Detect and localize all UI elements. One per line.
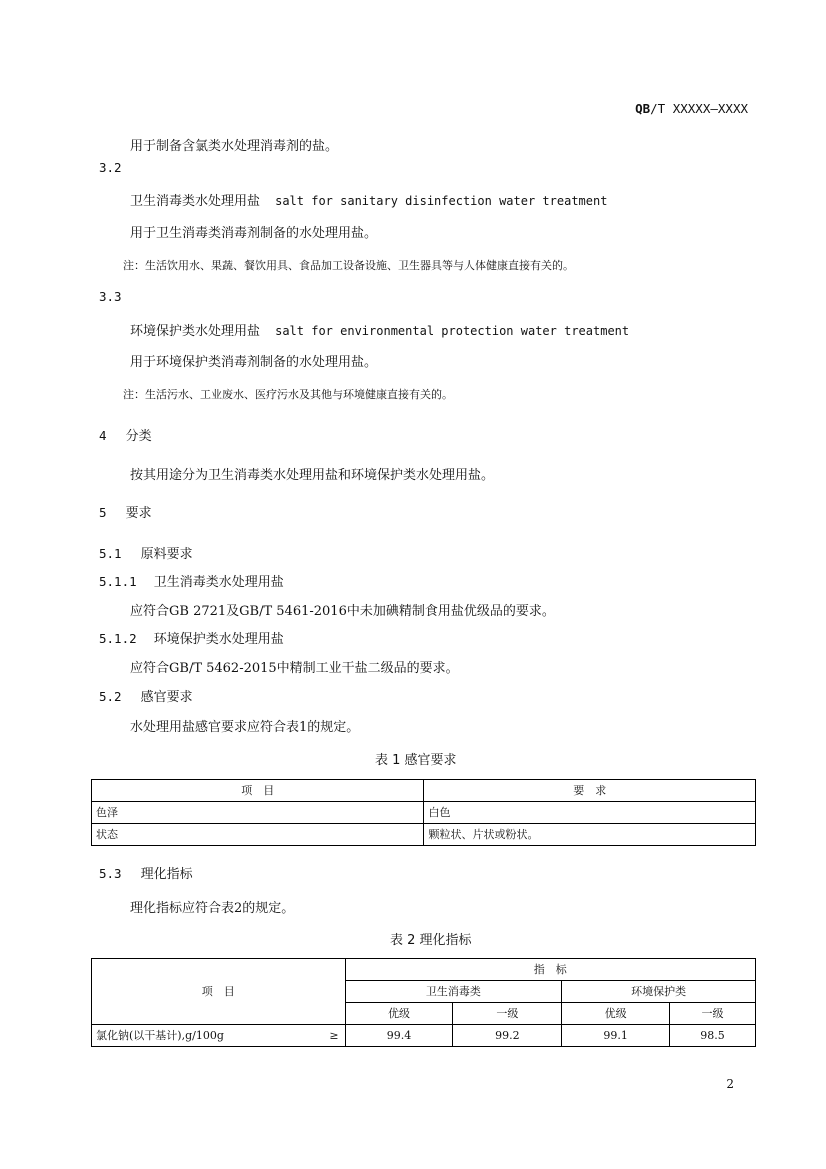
header-item: 项 目 xyxy=(92,780,424,802)
cell: 状态 xyxy=(92,824,424,846)
header-item: 项 目 xyxy=(92,959,346,1025)
header-group-sanitary: 卫生消毒类 xyxy=(345,981,562,1003)
section-num-3-3: 3.3 xyxy=(99,289,122,304)
table2-caption: 表 2 理化指标 xyxy=(390,929,472,948)
heading-5-1-1: 5.1.1 卫生消毒类水处理用盐 xyxy=(99,571,284,590)
header-grade: 优级 xyxy=(345,1003,453,1025)
table1-caption: 表 1 感官要求 xyxy=(375,749,457,768)
table-row: 氯化钠(以干基计),g/100g ≥ 99.4 99.2 99.1 98.5 xyxy=(92,1025,756,1047)
text-5-2: 水处理用盐感官要求应符合表1的规定。 xyxy=(130,716,359,735)
cell: 白色 xyxy=(424,802,756,824)
table-1-sensory: 项 目 要 求 色泽 白色 状态 颗粒状、片状或粉状。 xyxy=(91,779,756,846)
table-row: 色泽 白色 xyxy=(92,802,756,824)
operator: ≥ xyxy=(329,1025,338,1046)
definition-3-3: 用于环境保护类消毒剂制备的水处理用盐。 xyxy=(130,351,377,370)
table-header-row: 项 目 指 标 xyxy=(92,959,756,981)
header-grade: 一级 xyxy=(453,1003,562,1025)
cell: 色泽 xyxy=(92,802,424,824)
item-label: 氯化钠(以干基计),g/100g xyxy=(96,1029,224,1042)
heading-5-1-2: 5.1.2 环境保护类水处理用盐 xyxy=(99,628,284,647)
header-grade: 一级 xyxy=(670,1003,756,1025)
cell: 98.5 xyxy=(670,1025,756,1047)
note-3-2: 注：生活饮用水、果蔬、餐饮用具、食品加工设备设施、卫生器具等与人体健康直接有关的… xyxy=(123,257,574,273)
table-2-physicochemical: 项 目 指 标 卫生消毒类 环境保护类 优级 一级 优级 一级 氯化钠(以干基计… xyxy=(91,958,756,1047)
definition-3-2: 用于卫生消毒类消毒剂制备的水处理用盐。 xyxy=(130,222,377,241)
text-5-1-2: 应符合GB/T 5462-2015中精制工业干盐二级品的要求。 xyxy=(130,657,459,676)
header-grade: 优级 xyxy=(562,1003,670,1025)
header-requirement: 要 求 xyxy=(424,780,756,802)
text-5-1-1: 应符合GB 2721及GB/T 5461-2016中未加碘精制食用盐优级品的要求… xyxy=(130,600,555,619)
note-3-3: 注：生活污水、工业废水、医疗污水及其他与环境健康直接有关的。 xyxy=(123,386,453,402)
heading-5-1: 5.1 原料要求 xyxy=(99,543,193,562)
cell: 颗粒状、片状或粉状。 xyxy=(424,824,756,846)
term-3-2: 卫生消毒类水处理用盐 salt for sanitary disinfectio… xyxy=(130,190,607,209)
page-number: 2 xyxy=(726,1077,734,1091)
section-num-3-2: 3.2 xyxy=(99,160,122,175)
cell: 99.4 xyxy=(345,1025,453,1047)
text-5-3: 理化指标应符合表2的规定。 xyxy=(130,897,294,916)
cell: 99.2 xyxy=(453,1025,562,1047)
header-group-environmental: 环境保护类 xyxy=(562,981,756,1003)
code-rest: /T XXXXX—XXXX xyxy=(650,101,748,116)
code-prefix: QB xyxy=(635,101,650,116)
document-code: QB/T XXXXX—XXXX xyxy=(635,101,748,116)
cell: 99.1 xyxy=(562,1025,670,1047)
table-header-row: 项 目 要 求 xyxy=(92,780,756,802)
definition-3-1: 用于制备含氯类水处理消毒剂的盐。 xyxy=(130,135,338,154)
text-4: 按其用途分为卫生消毒类水处理用盐和环境保护类水处理用盐。 xyxy=(130,464,494,483)
heading-5-3: 5.3 理化指标 xyxy=(99,863,193,882)
cell-item: 氯化钠(以干基计),g/100g ≥ xyxy=(92,1025,346,1047)
table-row: 状态 颗粒状、片状或粉状。 xyxy=(92,824,756,846)
header-index: 指 标 xyxy=(345,959,755,981)
heading-5-2: 5.2 感官要求 xyxy=(99,686,193,705)
term-3-3: 环境保护类水处理用盐 salt for environmental protec… xyxy=(130,320,629,339)
heading-5: 5 要求 xyxy=(99,502,152,521)
heading-4: 4 分类 xyxy=(99,425,152,444)
